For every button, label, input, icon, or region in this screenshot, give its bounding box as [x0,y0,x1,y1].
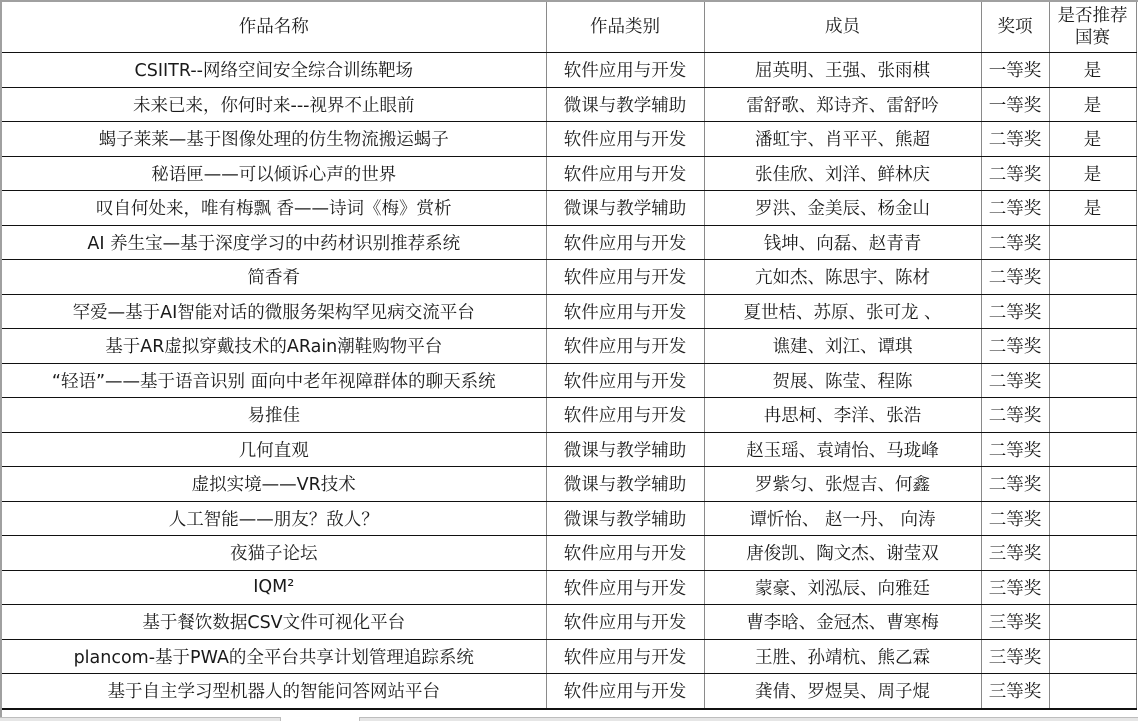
cell-category[interactable]: 微课与教学辅助 [546,467,704,502]
spreadsheet-view: 作品名称 作品类别 成员 奖项 是否推荐国赛 CSIITR--网络空间安全综合训… [0,0,1138,717]
cell-recommend[interactable]: 是 [1049,156,1136,191]
cell-category[interactable]: 软件应用与开发 [546,605,704,640]
table-row: 罕爱—基于AI智能对话的微服务架构罕见病交流平台软件应用与开发夏世桔、苏原、张可… [2,294,1136,329]
cell-name[interactable]: 简香肴 [2,260,546,295]
cell-award[interactable]: 二等奖 [981,225,1049,260]
cell-name[interactable]: 夜猫子论坛 [2,536,546,571]
cell-name[interactable]: CSIITR--网络空间安全综合训练靶场 [2,53,546,88]
cell-category[interactable]: 软件应用与开发 [546,156,704,191]
cell-name[interactable]: 罕爱—基于AI智能对话的微服务架构罕见病交流平台 [2,294,546,329]
cell-name[interactable]: IQM² [2,570,546,605]
table-row: 几何直观微课与教学辅助赵玉瑶、袁靖怡、马珑峰二等奖 [2,432,1136,467]
cell-category[interactable]: 微课与教学辅助 [546,501,704,536]
table-row: AI 养生宝—基于深度学习的中药材识别推荐系统软件应用与开发钱坤、向磊、赵青青二… [2,225,1136,260]
cell-award[interactable]: 三等奖 [981,570,1049,605]
cell-category[interactable]: 软件应用与开发 [546,294,704,329]
cell-recommend[interactable] [1049,398,1136,433]
cell-category[interactable]: 软件应用与开发 [546,260,704,295]
cell-recommend[interactable]: 是 [1049,122,1136,157]
cell-category[interactable]: 微课与教学辅助 [546,87,704,122]
cell-members[interactable]: 罗紫匀、张煜吉、何鑫 [704,467,981,502]
table-row: 人工智能——朋友？敌人？微课与教学辅助谭忻怡、 赵一丹、 向涛二等奖 [2,501,1136,536]
cell-category[interactable]: 软件应用与开发 [546,674,704,709]
table-row: 蝎子莱莱—基于图像处理的仿生物流搬运蝎子软件应用与开发潘虹宇、肖平平、熊超二等奖… [2,122,1136,157]
cell-members[interactable]: 冉思柯、李洋、张浩 [704,398,981,433]
cell-category[interactable]: 软件应用与开发 [546,536,704,571]
cell-name[interactable]: 基于自主学习型机器人的智能问答网站平台 [2,674,546,709]
header-recommend: 是否推荐国赛 [1049,2,1136,53]
cell-members[interactable]: 王胜、孙靖杭、熊乙霖 [704,639,981,674]
table-row: 易推佳软件应用与开发冉思柯、李洋、张浩二等奖 [2,398,1136,433]
sheet-tab[interactable] [280,717,360,721]
awards-table: 作品名称 作品类别 成员 奖项 是否推荐国赛 CSIITR--网络空间安全综合训… [2,2,1137,710]
cell-recommend[interactable] [1049,674,1136,709]
cell-category[interactable]: 微课与教学辅助 [546,191,704,226]
cell-name[interactable]: 易推佳 [2,398,546,433]
cell-members[interactable]: 雷舒歌、郑诗齐、雷舒吟 [704,87,981,122]
cell-name[interactable]: 蝎子莱莱—基于图像处理的仿生物流搬运蝎子 [2,122,546,157]
header-name: 作品名称 [2,2,546,53]
cell-award[interactable]: 二等奖 [981,329,1049,364]
cell-recommend[interactable]: 是 [1049,87,1136,122]
cell-members[interactable]: 罗洪、金美辰、杨金山 [704,191,981,226]
table-row: 夜猫子论坛软件应用与开发唐俊凯、陶文杰、谢莹双三等奖 [2,536,1136,571]
cell-recommend[interactable] [1049,536,1136,571]
table-row: 虚拟实境——VR技术微课与教学辅助罗紫匀、张煜吉、何鑫二等奖 [2,467,1136,502]
cell-members[interactable]: 曹李晗、金冠杰、曹寒梅 [704,605,981,640]
cell-award[interactable]: 二等奖 [981,501,1049,536]
cell-award[interactable]: 三等奖 [981,674,1049,709]
cell-award[interactable]: 二等奖 [981,156,1049,191]
table-row: plancom-基于PWA的全平台共享计划管理追踪系统软件应用与开发王胜、孙靖杭… [2,639,1136,674]
cell-recommend[interactable] [1049,294,1136,329]
table-row: 基于自主学习型机器人的智能问答网站平台软件应用与开发龚倩、罗煜昊、周子焜三等奖 [2,674,1136,709]
cell-award[interactable]: 二等奖 [981,432,1049,467]
cell-name[interactable]: 人工智能——朋友？敌人？ [2,501,546,536]
cell-recommend[interactable] [1049,260,1136,295]
header-award: 奖项 [981,2,1049,53]
cell-recommend[interactable]: 是 [1049,53,1136,88]
cell-recommend[interactable] [1049,225,1136,260]
table-row: CSIITR--网络空间安全综合训练靶场软件应用与开发屈英明、王强、张雨棋一等奖… [2,53,1136,88]
cell-category[interactable]: 微课与教学辅助 [546,432,704,467]
cell-name[interactable]: 叹自何处来，唯有梅飘 香——诗词《梅》赏析 [2,191,546,226]
cell-recommend[interactable] [1049,501,1136,536]
cell-members[interactable]: 龚倩、罗煜昊、周子焜 [704,674,981,709]
cell-recommend[interactable] [1049,605,1136,640]
table-row: “轻语”——基于语音识别 面向中老年视障群体的聊天系统软件应用与开发贺展、陈莹、… [2,363,1136,398]
cell-recommend[interactable] [1049,432,1136,467]
cell-members[interactable]: 贺展、陈莹、程陈 [704,363,981,398]
cell-members[interactable]: 夏世桔、苏原、张可龙 、 [704,294,981,329]
cell-members[interactable]: 谯建、刘江、谭琪 [704,329,981,364]
sheet-tab-bar [0,717,1138,721]
cell-members[interactable]: 屈英明、王强、张雨棋 [704,53,981,88]
cell-recommend[interactable] [1049,570,1136,605]
cell-name[interactable]: “轻语”——基于语音识别 面向中老年视障群体的聊天系统 [2,363,546,398]
table-row: 叹自何处来，唯有梅飘 香——诗词《梅》赏析微课与教学辅助罗洪、金美辰、杨金山二等… [2,191,1136,226]
table-row: IQM²软件应用与开发蒙豪、刘泓辰、向雅廷三等奖 [2,570,1136,605]
cell-recommend[interactable] [1049,363,1136,398]
cell-members[interactable]: 亢如杰、陈思宇、陈材 [704,260,981,295]
cell-category[interactable]: 软件应用与开发 [546,122,704,157]
cell-name[interactable]: 秘语匣——可以倾诉心声的世界 [2,156,546,191]
cell-category[interactable]: 软件应用与开发 [546,363,704,398]
cell-name[interactable]: 基于餐饮数据CSV文件可视化平台 [2,605,546,640]
cell-award[interactable]: 二等奖 [981,191,1049,226]
table-row: 简香肴软件应用与开发亢如杰、陈思宇、陈材二等奖 [2,260,1136,295]
table-row: 未来已来，你何时来---视界不止眼前微课与教学辅助雷舒歌、郑诗齐、雷舒吟一等奖是 [2,87,1136,122]
cell-name[interactable]: AI 养生宝—基于深度学习的中药材识别推荐系统 [2,225,546,260]
table-row: 秘语匣——可以倾诉心声的世界软件应用与开发张佳欣、刘洋、鲜林庆二等奖是 [2,156,1136,191]
cell-members[interactable]: 谭忻怡、 赵一丹、 向涛 [704,501,981,536]
table-row: 基于AR虚拟穿戴技术的ARain潮鞋购物平台软件应用与开发谯建、刘江、谭琪二等奖 [2,329,1136,364]
header-members: 成员 [704,2,981,53]
cell-members[interactable]: 张佳欣、刘洋、鲜林庆 [704,156,981,191]
cell-award[interactable]: 二等奖 [981,398,1049,433]
cell-recommend[interactable] [1049,329,1136,364]
cell-award[interactable]: 三等奖 [981,536,1049,571]
cell-name[interactable]: 几何直观 [2,432,546,467]
cell-award[interactable]: 一等奖 [981,87,1049,122]
cell-name[interactable]: 虚拟实境——VR技术 [2,467,546,502]
cell-category[interactable]: 软件应用与开发 [546,53,704,88]
cell-category[interactable]: 软件应用与开发 [546,225,704,260]
cell-award[interactable]: 二等奖 [981,122,1049,157]
cell-recommend[interactable]: 是 [1049,191,1136,226]
cell-category[interactable]: 软件应用与开发 [546,570,704,605]
cell-award[interactable]: 二等奖 [981,294,1049,329]
header-category: 作品类别 [546,2,704,53]
cell-recommend[interactable] [1049,639,1136,674]
header-row: 作品名称 作品类别 成员 奖项 是否推荐国赛 [2,2,1136,53]
cell-members[interactable]: 钱坤、向磊、赵青青 [704,225,981,260]
cell-award[interactable]: 二等奖 [981,260,1049,295]
cell-name[interactable]: 未来已来，你何时来---视界不止眼前 [2,87,546,122]
cell-members[interactable]: 蒙豪、刘泓辰、向雅廷 [704,570,981,605]
table-row: 基于餐饮数据CSV文件可视化平台软件应用与开发曹李晗、金冠杰、曹寒梅三等奖 [2,605,1136,640]
cell-recommend[interactable] [1049,467,1136,502]
cell-award[interactable]: 三等奖 [981,639,1049,674]
cell-members[interactable]: 唐俊凯、陶文杰、谢莹双 [704,536,981,571]
cell-award[interactable]: 三等奖 [981,605,1049,640]
cell-category[interactable]: 软件应用与开发 [546,329,704,364]
cell-name[interactable]: plancom-基于PWA的全平台共享计划管理追踪系统 [2,639,546,674]
cell-award[interactable]: 二等奖 [981,363,1049,398]
cell-award[interactable]: 二等奖 [981,467,1049,502]
cell-category[interactable]: 软件应用与开发 [546,639,704,674]
cell-award[interactable]: 一等奖 [981,53,1049,88]
cell-category[interactable]: 软件应用与开发 [546,398,704,433]
cell-name[interactable]: 基于AR虚拟穿戴技术的ARain潮鞋购物平台 [2,329,546,364]
cell-members[interactable]: 潘虹宇、肖平平、熊超 [704,122,981,157]
cell-members[interactable]: 赵玉瑶、袁靖怡、马珑峰 [704,432,981,467]
